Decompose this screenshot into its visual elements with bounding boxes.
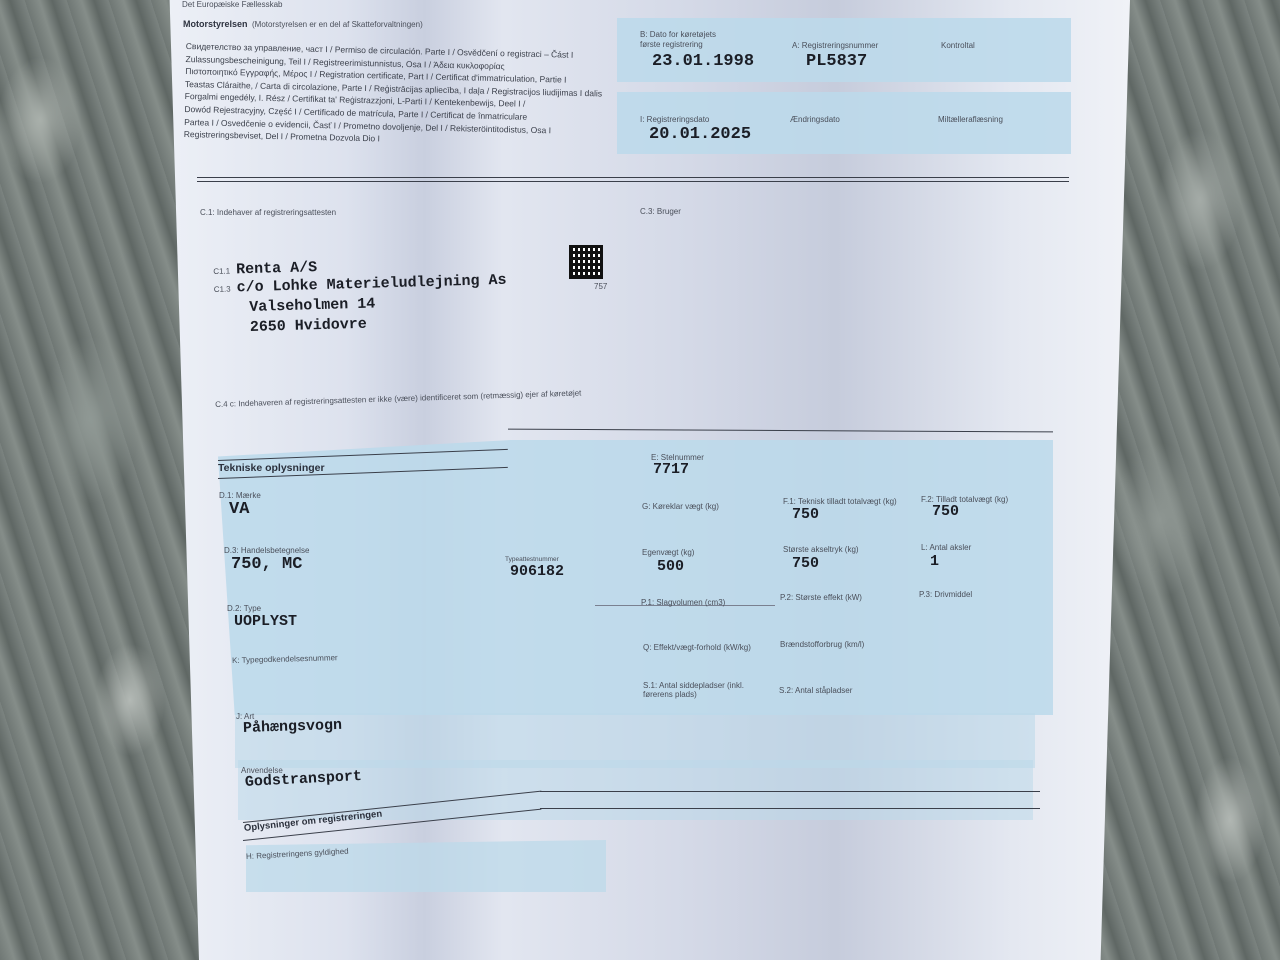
divider	[197, 177, 1069, 178]
axle-load-label: Største akseltryk (kg)	[783, 545, 859, 554]
barcode-number: 757	[594, 282, 607, 291]
mileage-label: Miltælleraflæsning	[938, 115, 1003, 124]
chassis-value: 7717	[653, 461, 689, 478]
technical-panel	[218, 440, 1053, 715]
type-approval-label: Typeattestnummer	[505, 556, 559, 563]
displacement-label: P.1: Slagvolumen (cm3)	[641, 598, 725, 607]
make-value: VA	[229, 500, 249, 519]
divider	[540, 808, 1040, 809]
c11-label: C1.1	[213, 267, 230, 276]
type-value: UOPLYST	[234, 613, 297, 630]
f1-label: F.1: Teknisk tilladt totalvægt (kg)	[783, 497, 897, 506]
reg-number-value: PL5837	[806, 52, 867, 71]
axles-label: L: Antal aksler	[921, 543, 971, 552]
authority-line: Motorstyrelsen (Motorstyrelsen er en del…	[183, 14, 423, 32]
registration-info-panel	[246, 840, 606, 892]
divider	[540, 791, 1040, 792]
trade-name-label: D.3: Handelsbetegnelse	[224, 546, 309, 555]
holder-section-label: C.1: Indehaver af registreringsattesten	[200, 208, 336, 217]
own-weight-value: 500	[657, 558, 684, 575]
seats-label: S.1: Antal siddepladser (inkl. førerens …	[643, 681, 753, 699]
standing-label: S.2: Antal ståpladser	[779, 686, 852, 695]
fuel-label: P.3: Drivmiddel	[919, 590, 972, 599]
divider	[197, 181, 1069, 182]
kind-value: Påhængsvogn	[243, 717, 343, 737]
curb-weight-label: G: Køreklar vægt (kg)	[642, 502, 719, 511]
label-line: første registrering	[640, 40, 716, 50]
first-registration-panel	[617, 18, 1071, 82]
reg-number-label: A: Registreringsnummer	[792, 41, 878, 50]
top-cut-text: Det Europæiske Fællesskab	[182, 0, 282, 9]
axles-value: 1	[930, 553, 939, 570]
axle-load-value: 750	[792, 555, 819, 572]
datamatrix-barcode-icon	[569, 245, 603, 279]
control-label: Kontroltal	[941, 41, 975, 50]
power-weight-label: Q: Effekt/vægt-forhold (kW/kg)	[643, 643, 751, 652]
user-label: C.3: Bruger	[640, 207, 681, 216]
authority-name: Motorstyrelsen	[183, 19, 248, 29]
c13-label: C1.3	[214, 285, 231, 294]
power-label: P.2: Største effekt (kW)	[780, 593, 862, 602]
holder-address: C1.1 Renta A/S C1.3 c/o Lohke Materielud…	[213, 254, 508, 337]
multilang-title: Свидетелство за управление, част I / Per…	[184, 40, 616, 150]
holder-name: Renta A/S	[236, 259, 317, 278]
trade-name-value: 750, MC	[231, 555, 302, 574]
own-weight-label: Egenvægt (kg)	[642, 548, 694, 557]
authority-note: (Motorstyrelsen er en del af Skatteforva…	[252, 20, 423, 29]
first-registration-label: B: Dato for køretøjets første registreri…	[640, 30, 716, 50]
f2-value: 750	[932, 503, 959, 520]
label-line: B: Dato for køretøjets	[640, 30, 716, 40]
registration-date-value: 20.01.2025	[649, 125, 751, 144]
make-label: D.1: Mærke	[219, 491, 261, 500]
registration-date-label: I: Registreringsdato	[640, 115, 709, 124]
first-registration-value: 23.01.1998	[652, 52, 754, 71]
fuel-consumption-label: Brændstofforbrug (km/l)	[780, 640, 864, 649]
f1-value: 750	[792, 506, 819, 523]
change-date-label: Ændringsdato	[790, 115, 840, 124]
type-label: D.2: Type	[227, 604, 261, 613]
kind-panel	[235, 713, 1035, 768]
technical-section-title: Tekniske oplysninger	[218, 462, 325, 474]
type-approval-value: 906182	[510, 563, 564, 580]
